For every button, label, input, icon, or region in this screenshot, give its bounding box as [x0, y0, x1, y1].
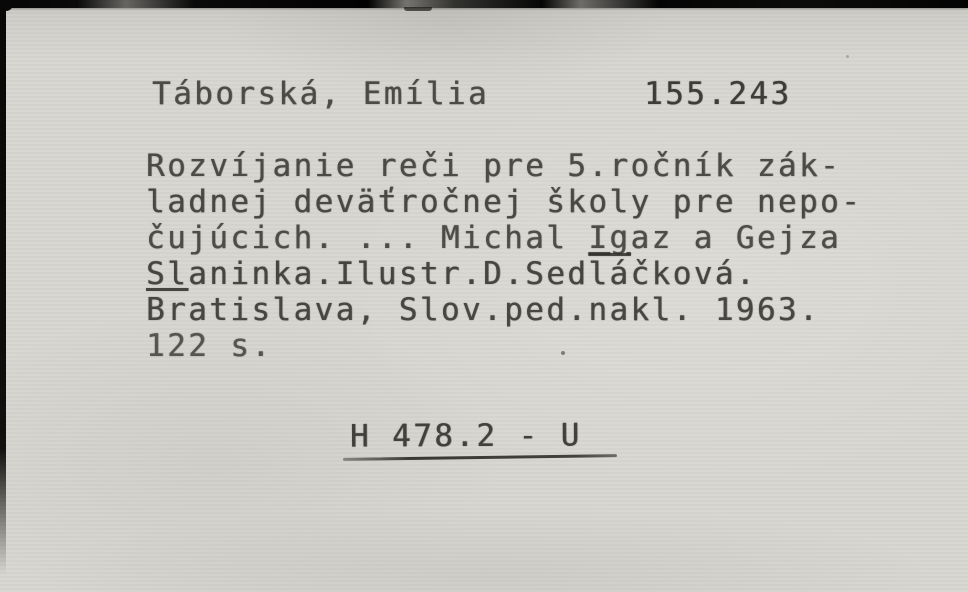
title-line-4: Slaninka.Ilustr.D.Sedláčková. — [146, 256, 757, 292]
title-line-4-end: čková. — [631, 256, 757, 292]
title-line-4-mid: aninka.Ilustr.D.Sed — [188, 256, 588, 292]
top-edge-tear — [404, 7, 432, 11]
title-line-2: ladnej deväťročnej školy pre nepo- — [146, 184, 862, 220]
scanned-catalog-card-page: { "colors": { "paper": "#d8d6d1", "ink":… — [0, 0, 968, 592]
author-heading: Táborská, Emília — [152, 76, 489, 112]
pagination-line: 122 s. — [146, 328, 272, 364]
title-line-3-start: čujúcich. ... Michal — [146, 220, 588, 256]
title-line-3-end: az a Gejza — [630, 220, 841, 256]
title-line-1: Rozvíjanie reči pre 5.ročník zák- — [146, 148, 841, 184]
shelf-mark: H 478.2 - U — [350, 417, 582, 454]
classification-number: 155.243 — [644, 76, 791, 112]
scan-speck — [846, 55, 849, 58]
overstruck-letters: lá — [588, 256, 630, 292]
underlined-name-igaz: Ig — [588, 220, 630, 256]
top-edge-strip — [0, 0, 968, 8]
scan-speck — [561, 351, 565, 355]
title-line-3: čujúcich. ... Michal Igaz a Gejza — [146, 220, 841, 256]
imprint-line: Bratislava, Slov.ped.nakl. 1963. — [146, 292, 820, 328]
underlined-name-slaninka: Sl — [146, 256, 188, 292]
left-edge-strip — [0, 0, 6, 575]
